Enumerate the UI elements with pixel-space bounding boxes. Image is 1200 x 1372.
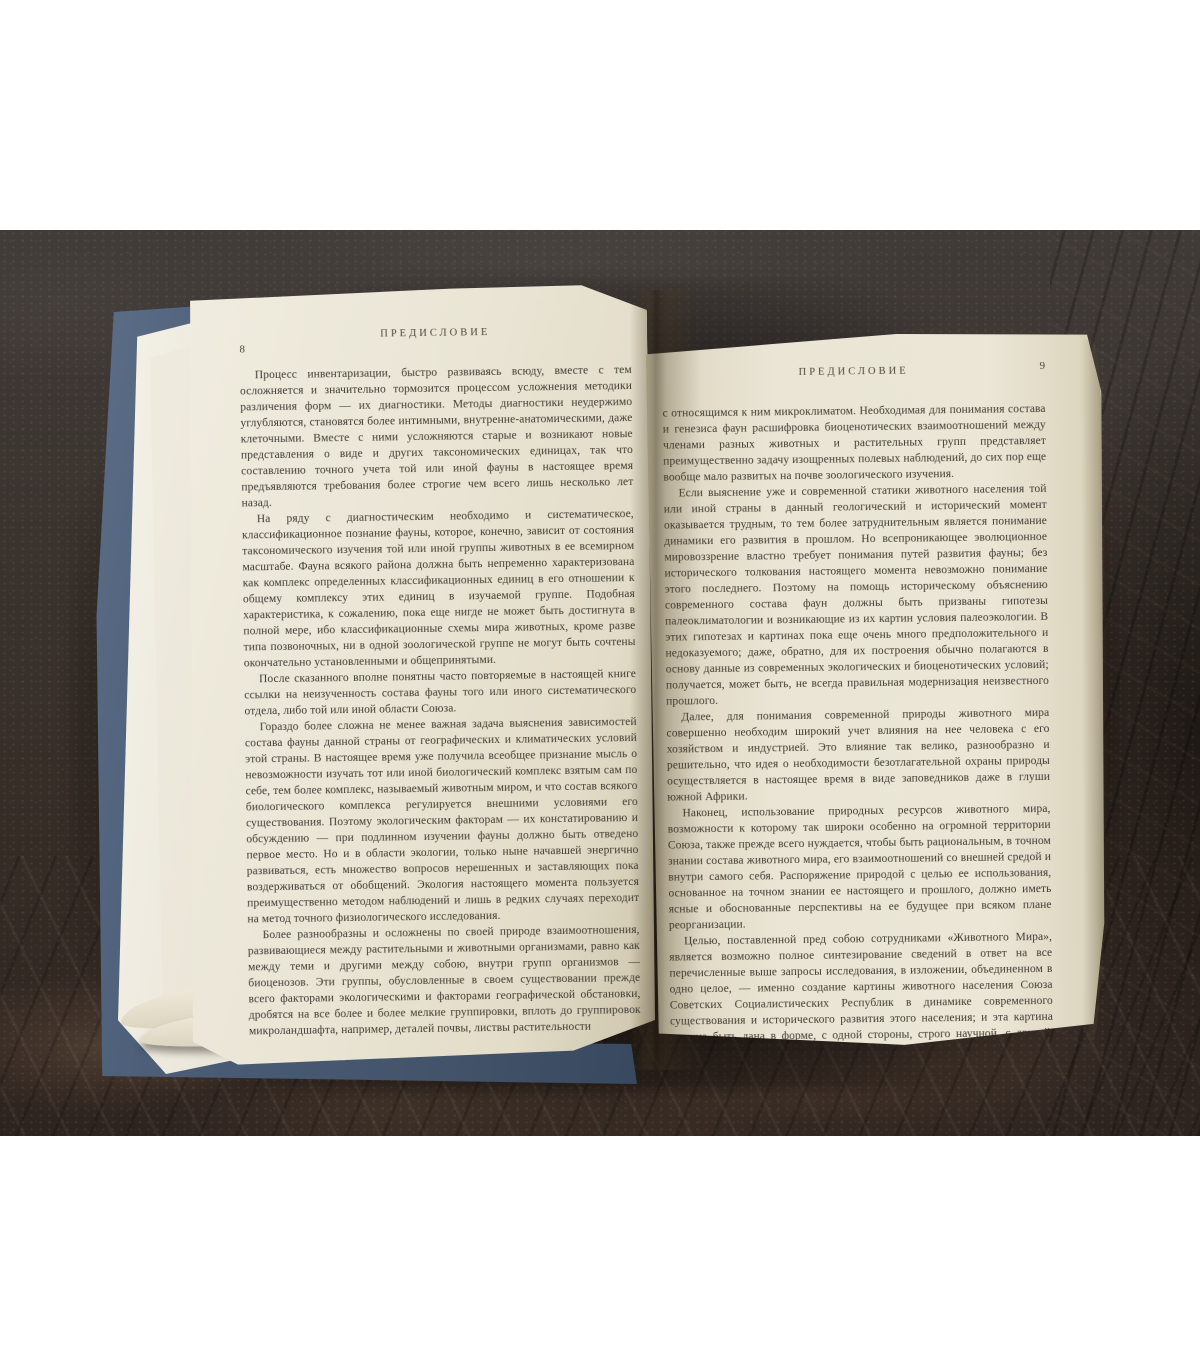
paragraph: После сказанного вполне понятны часто по… [244, 666, 637, 719]
paragraph: Если выяснение уже и современной статики… [663, 481, 1049, 710]
left-page: 8 ПРЕДИСЛОВИЕ Процесс инвентаризации, бы… [181, 283, 658, 1065]
paragraph: Более разнообразны и осложнены по своей … [248, 922, 642, 1039]
paragraph: На ряду с диагностическим необходимо и с… [242, 506, 636, 671]
page-background: 8 ПРЕДИСЛОВИЕ Процесс инвентаризации, бы… [0, 0, 1200, 1372]
right-page: ПРЕДИСЛОВИЕ 9 с относящимся к ним микрок… [646, 327, 1110, 1051]
paragraph: Наконец, использование природных ресурсо… [667, 801, 1052, 934]
right-page-header: ПРЕДИСЛОВИЕ 9 [662, 364, 1045, 387]
left-page-header: 8 ПРЕДИСЛОВИЕ [239, 325, 631, 348]
running-head-right: ПРЕДИСЛОВИЕ [662, 364, 1045, 380]
paragraph: Процесс инвентаризации, быстро развиваяс… [240, 362, 634, 511]
right-page-text: с относящимся к ним микроклиматом. Необх… [663, 401, 1055, 1110]
paragraph: Гораздо более сложна не менее важная зад… [245, 714, 640, 927]
page-number-right: 9 [1039, 360, 1045, 372]
open-book: 8 ПРЕДИСЛОВИЕ Процесс инвентаризации, бы… [0, 230, 1200, 1136]
left-page-text: Процесс инвентаризации, быстро развиваяс… [240, 362, 641, 1039]
paragraph: Далее, для понимания современной природы… [666, 705, 1050, 806]
running-head-left: ПРЕДИСЛОВИЕ [239, 325, 631, 341]
page-number-left: 8 [239, 343, 245, 355]
book-photo: 8 ПРЕДИСЛОВИЕ Процесс инвентаризации, бы… [0, 230, 1200, 1136]
paragraph: с относящимся к ним микроклиматом. Необх… [663, 401, 1047, 486]
